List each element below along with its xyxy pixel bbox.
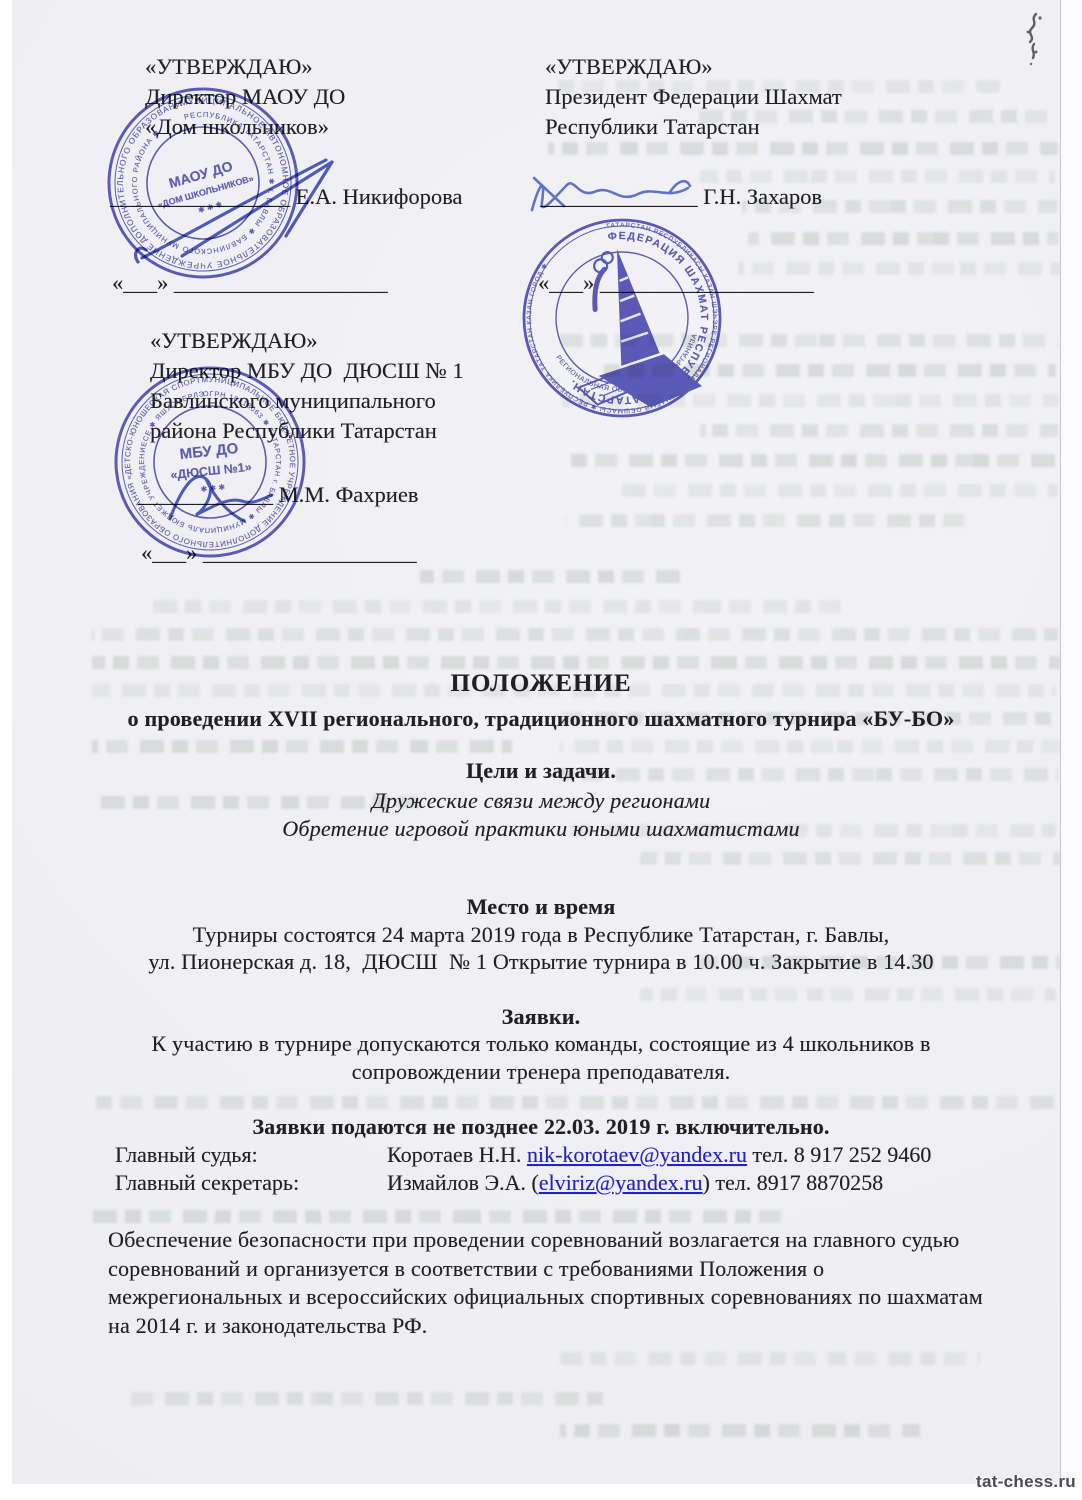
bleed-line [748,232,1058,245]
scan-bottom-edge [0,1484,1082,1500]
org-line: Президент Федерации Шахмат [545,82,842,112]
contact-phone: тел. 8 917 252 9460 [752,1142,931,1167]
bleed-line [150,600,850,613]
bleed-line [92,740,512,753]
contact-role: Главный секретарь: [115,1170,387,1196]
paren: ) [703,1170,710,1195]
venue-line: Турниры состоятся 24 марта 2019 года в Р… [0,921,1082,949]
bleed-line [420,570,680,583]
handwritten-signature-fakhriev [150,455,300,540]
bleed-line [92,628,1058,641]
bleed-line [700,424,1058,437]
handwritten-signature-zakharov [520,158,720,228]
venue-heading: Место и время [0,893,1082,921]
approval-block-federation: «УТВЕРЖДАЮ» Президент Федерации Шахмат Р… [545,52,842,142]
approve-label: «УТВЕРЖДАЮ» [545,52,842,82]
email-link-judge[interactable]: nik-korotaev@yandex.ru [527,1142,747,1167]
goals-heading: Цели и задачи. [0,757,1082,785]
approve-label: «УТВЕРЖДАЮ» [145,52,345,82]
bleed-line [700,170,1055,183]
approve-label: «УТВЕРЖДАЮ» [150,326,464,356]
venue-line: ул. Пионерская д. 18, ДЮСШ № 1 Открытие … [0,948,1082,976]
bleed-line [130,1392,610,1405]
bleed-line [548,142,1058,155]
contact-role: Главный судья: [115,1142,387,1168]
contact-name: Измайлов Э.А. [387,1170,526,1195]
safety-paragraph: Обеспечение безопасности при проведении … [108,1226,988,1340]
bleed-line [566,514,964,527]
goal-item: Обретение игровой практики юными шахмати… [0,815,1082,843]
site-watermark: tat-chess.ru [976,1472,1076,1492]
contact-name: Коротаев Н.Н. [387,1142,521,1167]
bleed-line [92,656,1060,669]
document-title: ПОЛОЖЕНИЕ [0,670,1082,698]
stamp-chess-federation-tatarstan: ТАТАРСТАН РЕСПУБЛИКАСЫ КАЗАН ШЭҺЭРЕ РЕГИ… [517,213,727,423]
bleed-line [566,454,1058,467]
bleed-line [560,1352,980,1365]
bleed-line [640,852,1060,865]
contact-row-chief-judge: Главный судья:Коротаев Н.Н. nik-korotaev… [115,1142,995,1168]
paren: ( [531,1170,538,1195]
bleed-line [560,1424,920,1437]
entries-text: К участию в турнире допускаются только к… [91,1030,991,1086]
scanned-document-page: «УТВЕРЖДАЮ» Директор МАОУ ДО «Дом школьн… [0,0,1082,1500]
email-link-secretary[interactable]: elviriz@yandex.ru [539,1170,703,1195]
ink-smudge [1006,8,1056,78]
scan-right-edge [1060,0,1082,1500]
bleed-line [92,1210,792,1223]
goal-item: Дружеские связи между регионами [0,787,1082,815]
bleed-line [640,988,1056,1001]
contact-phone: тел. 8917 8870258 [715,1170,883,1195]
bleed-line [560,740,1060,753]
signer-name: Г.Н. Захаров [703,184,822,209]
bleed-line [622,484,1058,497]
contact-row-chief-secretary: Главный секретарь:Измайлов Э.А. (elviriz… [115,1170,995,1196]
document-subtitle: о проведении XVII регионального, традици… [0,705,1082,733]
org-line: Республики Татарстан [545,112,842,142]
entries-heading: Заявки. [0,1003,1082,1031]
handwritten-signature-nikiforova [120,140,360,280]
deadline-heading: Заявки подаются не позднее 22.03. 2019 г… [0,1113,1082,1141]
bleed-line [92,1096,1058,1109]
